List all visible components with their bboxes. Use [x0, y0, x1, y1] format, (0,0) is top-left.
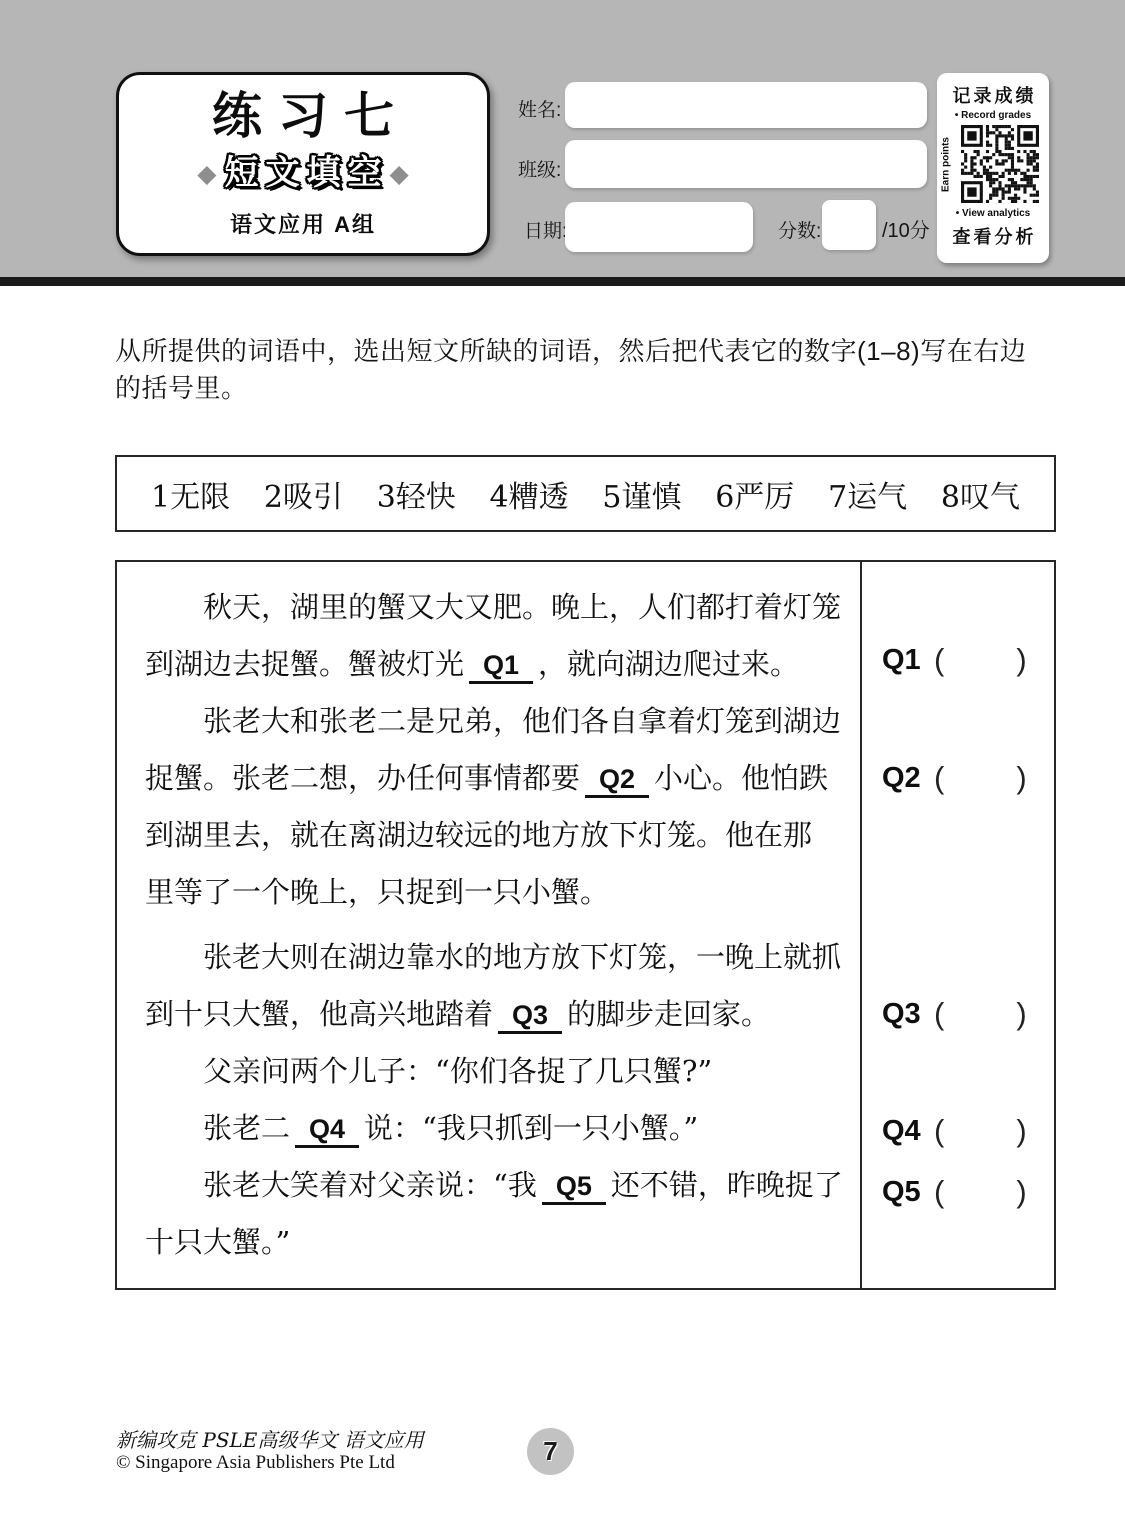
answer-row-q1: Q1(): [882, 638, 1027, 682]
open-bracket: (: [934, 1174, 944, 1210]
date-input[interactable]: [565, 202, 753, 252]
page-number-circle: 7: [527, 1428, 574, 1475]
qr-row: Earn points: [937, 122, 1049, 206]
qr-code: [961, 125, 1039, 203]
close-bracket: ): [1016, 996, 1026, 1032]
close-bracket: ): [1016, 1174, 1026, 1210]
divider-bar: [0, 277, 1125, 286]
name-label: 姓名:: [518, 95, 561, 122]
open-bracket: (: [934, 996, 944, 1032]
word-bank-item: 1无限: [151, 472, 230, 516]
passage-blank-q1[interactable]: Q1: [469, 649, 533, 684]
earn-points-label: Earn points: [941, 125, 952, 205]
header-band: 练习七 ◆ 短文填空 ◆ 语文应用 A组 姓名: 班级: 日期: 分数: /10…: [0, 0, 1125, 277]
open-bracket: (: [934, 642, 944, 678]
passage-text: 秋天，湖里的蟹又大又肥。晚上，人们都打着灯笼到湖边去捉蟹。蟹被灯光Q1，就向湖边…: [145, 579, 857, 1271]
score-input[interactable]: [822, 200, 876, 250]
answer-slot-q3[interactable]: [944, 995, 1016, 1033]
class-label: 班级:: [518, 155, 561, 182]
qr-footer-cn: 查看分析: [953, 223, 1037, 249]
word-bank-item: 3轻快: [377, 472, 456, 516]
worksheet-page: 练习七 ◆ 短文填空 ◆ 语文应用 A组 姓名: 班级: 日期: 分数: /10…: [0, 0, 1125, 1539]
passage-blank-q5[interactable]: Q5: [542, 1170, 606, 1205]
passage-box: 秋天，湖里的蟹又大又肥。晚上，人们都打着灯笼到湖边去捉蟹。蟹被灯光Q1，就向湖边…: [115, 560, 1056, 1290]
answer-row-q4: Q4(): [882, 1109, 1027, 1153]
passage-paragraph: 张老二Q4说：“我只抓到一只小蟹。”: [145, 1100, 857, 1157]
answer-label: Q2: [882, 762, 934, 795]
close-bracket: ): [1016, 760, 1026, 796]
passage-paragraph: 张老大则在湖边靠水的地方放下灯笼，一晚上就抓到十只大蟹，他高兴地踏着Q3的脚步走…: [145, 929, 857, 1043]
word-bank-item: 4糟透: [490, 472, 569, 516]
qr-panel: 记录成绩 • Record grades Earn points • View …: [937, 73, 1049, 263]
passage-paragraph: 父亲问两个儿子：“你们各捉了几只蟹?”: [145, 1043, 857, 1100]
answer-row-q3: Q3(): [882, 992, 1027, 1036]
passage-paragraph: 秋天，湖里的蟹又大又肥。晚上，人们都打着灯笼到湖边去捉蟹。蟹被灯光Q1，就向湖边…: [145, 579, 857, 693]
word-bank-item: 7运气: [828, 472, 907, 516]
copyright-text: © Singapore Asia Publishers Pte Ltd: [116, 1452, 395, 1474]
word-bank-item: 6严厉: [715, 472, 794, 516]
word-bank-box: 1无限2吸引3轻快4糟透5谨慎6严厉7运气8叹气: [115, 455, 1056, 532]
class-input[interactable]: [565, 140, 927, 188]
passage-blank-q3[interactable]: Q3: [498, 999, 562, 1034]
diamond-right-icon: ◆: [390, 162, 409, 187]
word-bank-item: 2吸引: [264, 472, 343, 516]
exercise-group-label: 语文应用 A组: [230, 208, 376, 239]
diamond-left-icon: ◆: [197, 162, 216, 187]
score-suffix: /10分: [882, 214, 930, 243]
answer-label: Q3: [882, 998, 934, 1031]
answer-column: Q1()Q2()Q3()Q4()Q5(): [862, 562, 1056, 1288]
page-number: 7: [543, 1436, 557, 1467]
exercise-subtitle-row: ◆ 短文填空 ◆: [197, 154, 408, 193]
series-title: 新编攻克 PSLE高级华文 语文应用: [116, 1424, 424, 1453]
answer-row-q2: Q2(): [882, 756, 1027, 800]
exercise-title-box: 练习七 ◆ 短文填空 ◆ 语文应用 A组: [116, 72, 490, 256]
answer-slot-q5[interactable]: [944, 1173, 1016, 1211]
open-bracket: (: [934, 1113, 944, 1149]
date-label: 日期:: [524, 216, 567, 243]
open-bracket: (: [934, 760, 944, 796]
answer-slot-q2[interactable]: [944, 759, 1016, 797]
name-input[interactable]: [565, 82, 927, 128]
close-bracket: ): [1016, 1113, 1026, 1149]
word-bank-item: 5谨慎: [602, 472, 681, 516]
answer-row-q5: Q5(): [882, 1170, 1027, 1214]
qr-record-grades-label: • Record grades: [955, 110, 1031, 121]
answer-label: Q5: [882, 1176, 934, 1209]
passage-paragraph: 张老大笑着对父亲说：“我Q5还不错，昨晚捉了十只大蟹。”: [145, 1157, 857, 1271]
close-bracket: ): [1016, 642, 1026, 678]
answer-label: Q1: [882, 644, 934, 677]
answer-label: Q4: [882, 1115, 934, 1148]
passage-blank-q4[interactable]: Q4: [295, 1113, 359, 1148]
instructions-text: 从所提供的词语中，选出短文所缺的词语，然后把代表它的数字(1–8)写在右边的括号…: [115, 333, 1050, 407]
score-label: 分数:: [778, 216, 821, 243]
qr-view-analytics-label: • View analytics: [956, 208, 1030, 219]
exercise-subtitle: 短文填空: [225, 154, 389, 193]
answer-slot-q1[interactable]: [944, 641, 1016, 679]
passage-paragraph: 张老大和张老二是兄弟，他们各自拿着灯笼到湖边捉蟹。张老二想，办任何事情都要Q2小…: [145, 693, 857, 921]
word-bank-item: 8叹气: [941, 472, 1020, 516]
exercise-title: 练习七: [212, 89, 410, 144]
passage-blank-q2[interactable]: Q2: [585, 763, 649, 798]
qr-title-cn: 记录成绩: [953, 82, 1037, 108]
answer-slot-q4[interactable]: [944, 1112, 1016, 1150]
